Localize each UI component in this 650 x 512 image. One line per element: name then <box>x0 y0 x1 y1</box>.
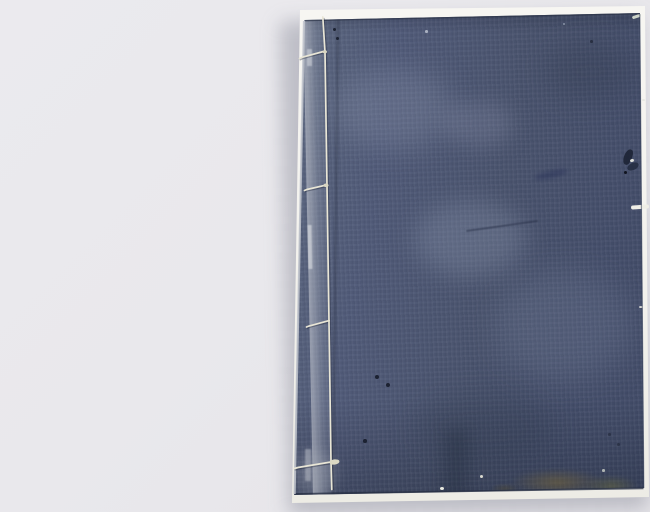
wormhole <box>386 383 390 387</box>
cover-mottling <box>414 391 554 463</box>
edge-speck <box>639 306 643 308</box>
spine-crease <box>330 13 341 495</box>
light-speck <box>480 475 483 478</box>
stain-streak <box>443 429 469 500</box>
book-cover <box>294 13 644 496</box>
spine-worn-streak <box>307 49 312 66</box>
cover-smudge <box>534 168 569 182</box>
wormhole <box>375 375 379 379</box>
wormhole <box>608 433 611 436</box>
edge-speck <box>642 99 645 101</box>
light-speck <box>563 23 565 25</box>
light-speck <box>440 487 444 490</box>
wormhole <box>363 439 367 443</box>
wormhole <box>617 443 620 446</box>
cover-mottling <box>444 101 514 147</box>
light-speck <box>602 469 605 472</box>
light-speck <box>425 30 428 33</box>
cover-mottling <box>334 68 454 150</box>
wormhole <box>333 28 336 31</box>
cover-mottling <box>414 201 526 277</box>
wormhole <box>590 40 593 43</box>
cover-mottling <box>544 41 636 101</box>
book-photograph <box>0 0 650 512</box>
edge-chip <box>624 171 627 174</box>
cover-mottling <box>294 451 336 497</box>
wormhole <box>336 37 339 40</box>
cover-mottling <box>494 271 634 381</box>
